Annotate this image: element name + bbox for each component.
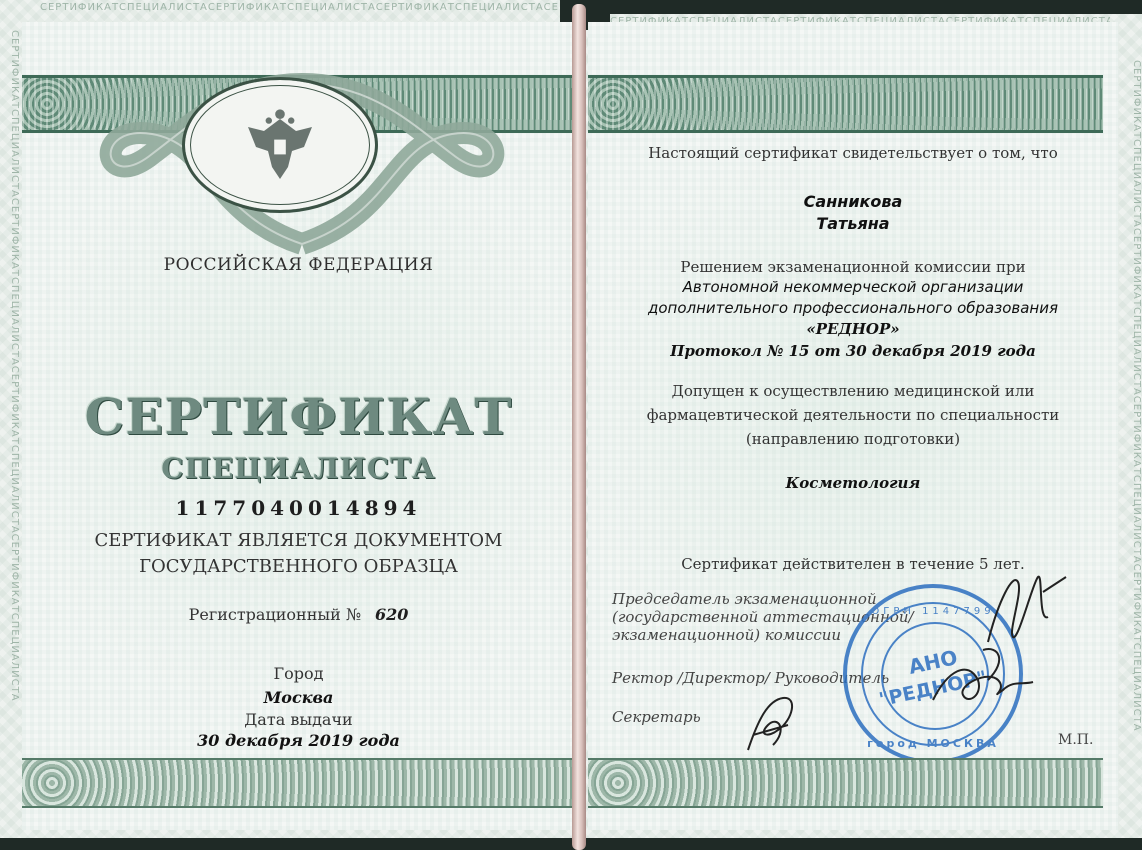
right-page: Настоящий сертификат свидетельствует о т…: [588, 22, 1118, 830]
admission-text: (направлению подготовки): [588, 430, 1118, 448]
emblem-frame: [182, 77, 378, 213]
decorative-band-bottom: [22, 758, 575, 808]
bookmark-ribbon: [572, 4, 586, 850]
specialty: Косметология: [588, 474, 1118, 492]
decorative-band-top: [588, 75, 1103, 133]
city-label: Город: [22, 664, 575, 683]
secretary-signature: [738, 690, 808, 760]
cover-edge: [605, 0, 1142, 14]
registration-number: 620: [375, 605, 408, 624]
certificate-intro: Настоящий сертификат свидетельствует о т…: [588, 144, 1118, 162]
rector-signature: [928, 640, 1038, 720]
serial-number: 1177040014894: [22, 496, 575, 520]
state-document-note: ГОСУДАРСТВЕННОГО ОБРАЗЦА: [22, 556, 575, 577]
cover-edge-bottom: [0, 838, 1142, 850]
security-microtext: СЕРТИФИКАТСПЕЦИАЛИСТАСЕРТИФИКАТСПЕЦИАЛИС…: [0, 30, 20, 820]
decision-text: Решением экзаменационной комиссии при: [588, 258, 1118, 276]
decision-text: Автономной некоммерческой организации: [588, 278, 1118, 296]
country-name: РОССИЙСКАЯ ФЕДЕРАЦИЯ: [22, 255, 575, 275]
state-document-note: СЕРТИФИКАТ ЯВЛЯЕТСЯ ДОКУМЕНТОМ: [22, 530, 575, 551]
certificate-subtitle: СПЕЦИАЛИСТА: [22, 452, 575, 485]
coat-of-arms-icon: [240, 98, 320, 188]
city-value: Москва: [22, 688, 575, 707]
secretary-signature-label: Секретарь: [612, 708, 701, 726]
security-microtext: СЕРТИФИКАТСПЕЦИАЛИСТАСЕРТИФИКАТСПЕЦИАЛИС…: [40, 2, 560, 18]
security-microtext: СЕРТИФИКАТСПЕЦИАЛИСТАСЕРТИФИКАТСПЕЦИАЛИС…: [1120, 60, 1142, 820]
protocol-reference: Протокол № 15 от 30 декабря 2019 года: [588, 342, 1118, 360]
issue-date-value: 30 декабря 2019 года: [22, 731, 575, 750]
holder-first-name: Татьяна: [588, 214, 1118, 233]
stamp-city: город МОСКВА: [847, 737, 1019, 750]
certificate-title: СЕРТИФИКАТ: [22, 387, 575, 446]
admission-text: Допущен к осуществлению медицинской или: [588, 382, 1118, 400]
holder-surname: Санникова: [588, 192, 1118, 211]
certificate-spread: СЕРТИФИКАТСПЕЦИАЛИСТАСЕРТИФИКАТСПЕЦИАЛИС…: [0, 0, 1142, 850]
issue-date-label: Дата выдачи: [22, 710, 575, 729]
registration-line: Регистрационный №620: [22, 605, 575, 624]
seal-mark: М.П.: [1058, 732, 1093, 748]
organization-name: «РЕДНОР»: [588, 320, 1118, 338]
admission-text: фармацевтической деятельности по специал…: [588, 406, 1118, 424]
chairman-signature: [978, 562, 1068, 652]
decision-text: дополнительного профессионального образо…: [588, 299, 1118, 317]
registration-label: Регистрационный №: [189, 605, 361, 624]
left-page: РОССИЙСКАЯ ФЕДЕРАЦИЯ СЕРТИФИКАТ СПЕЦИАЛИ…: [22, 22, 575, 830]
decorative-band-bottom: [588, 758, 1103, 808]
